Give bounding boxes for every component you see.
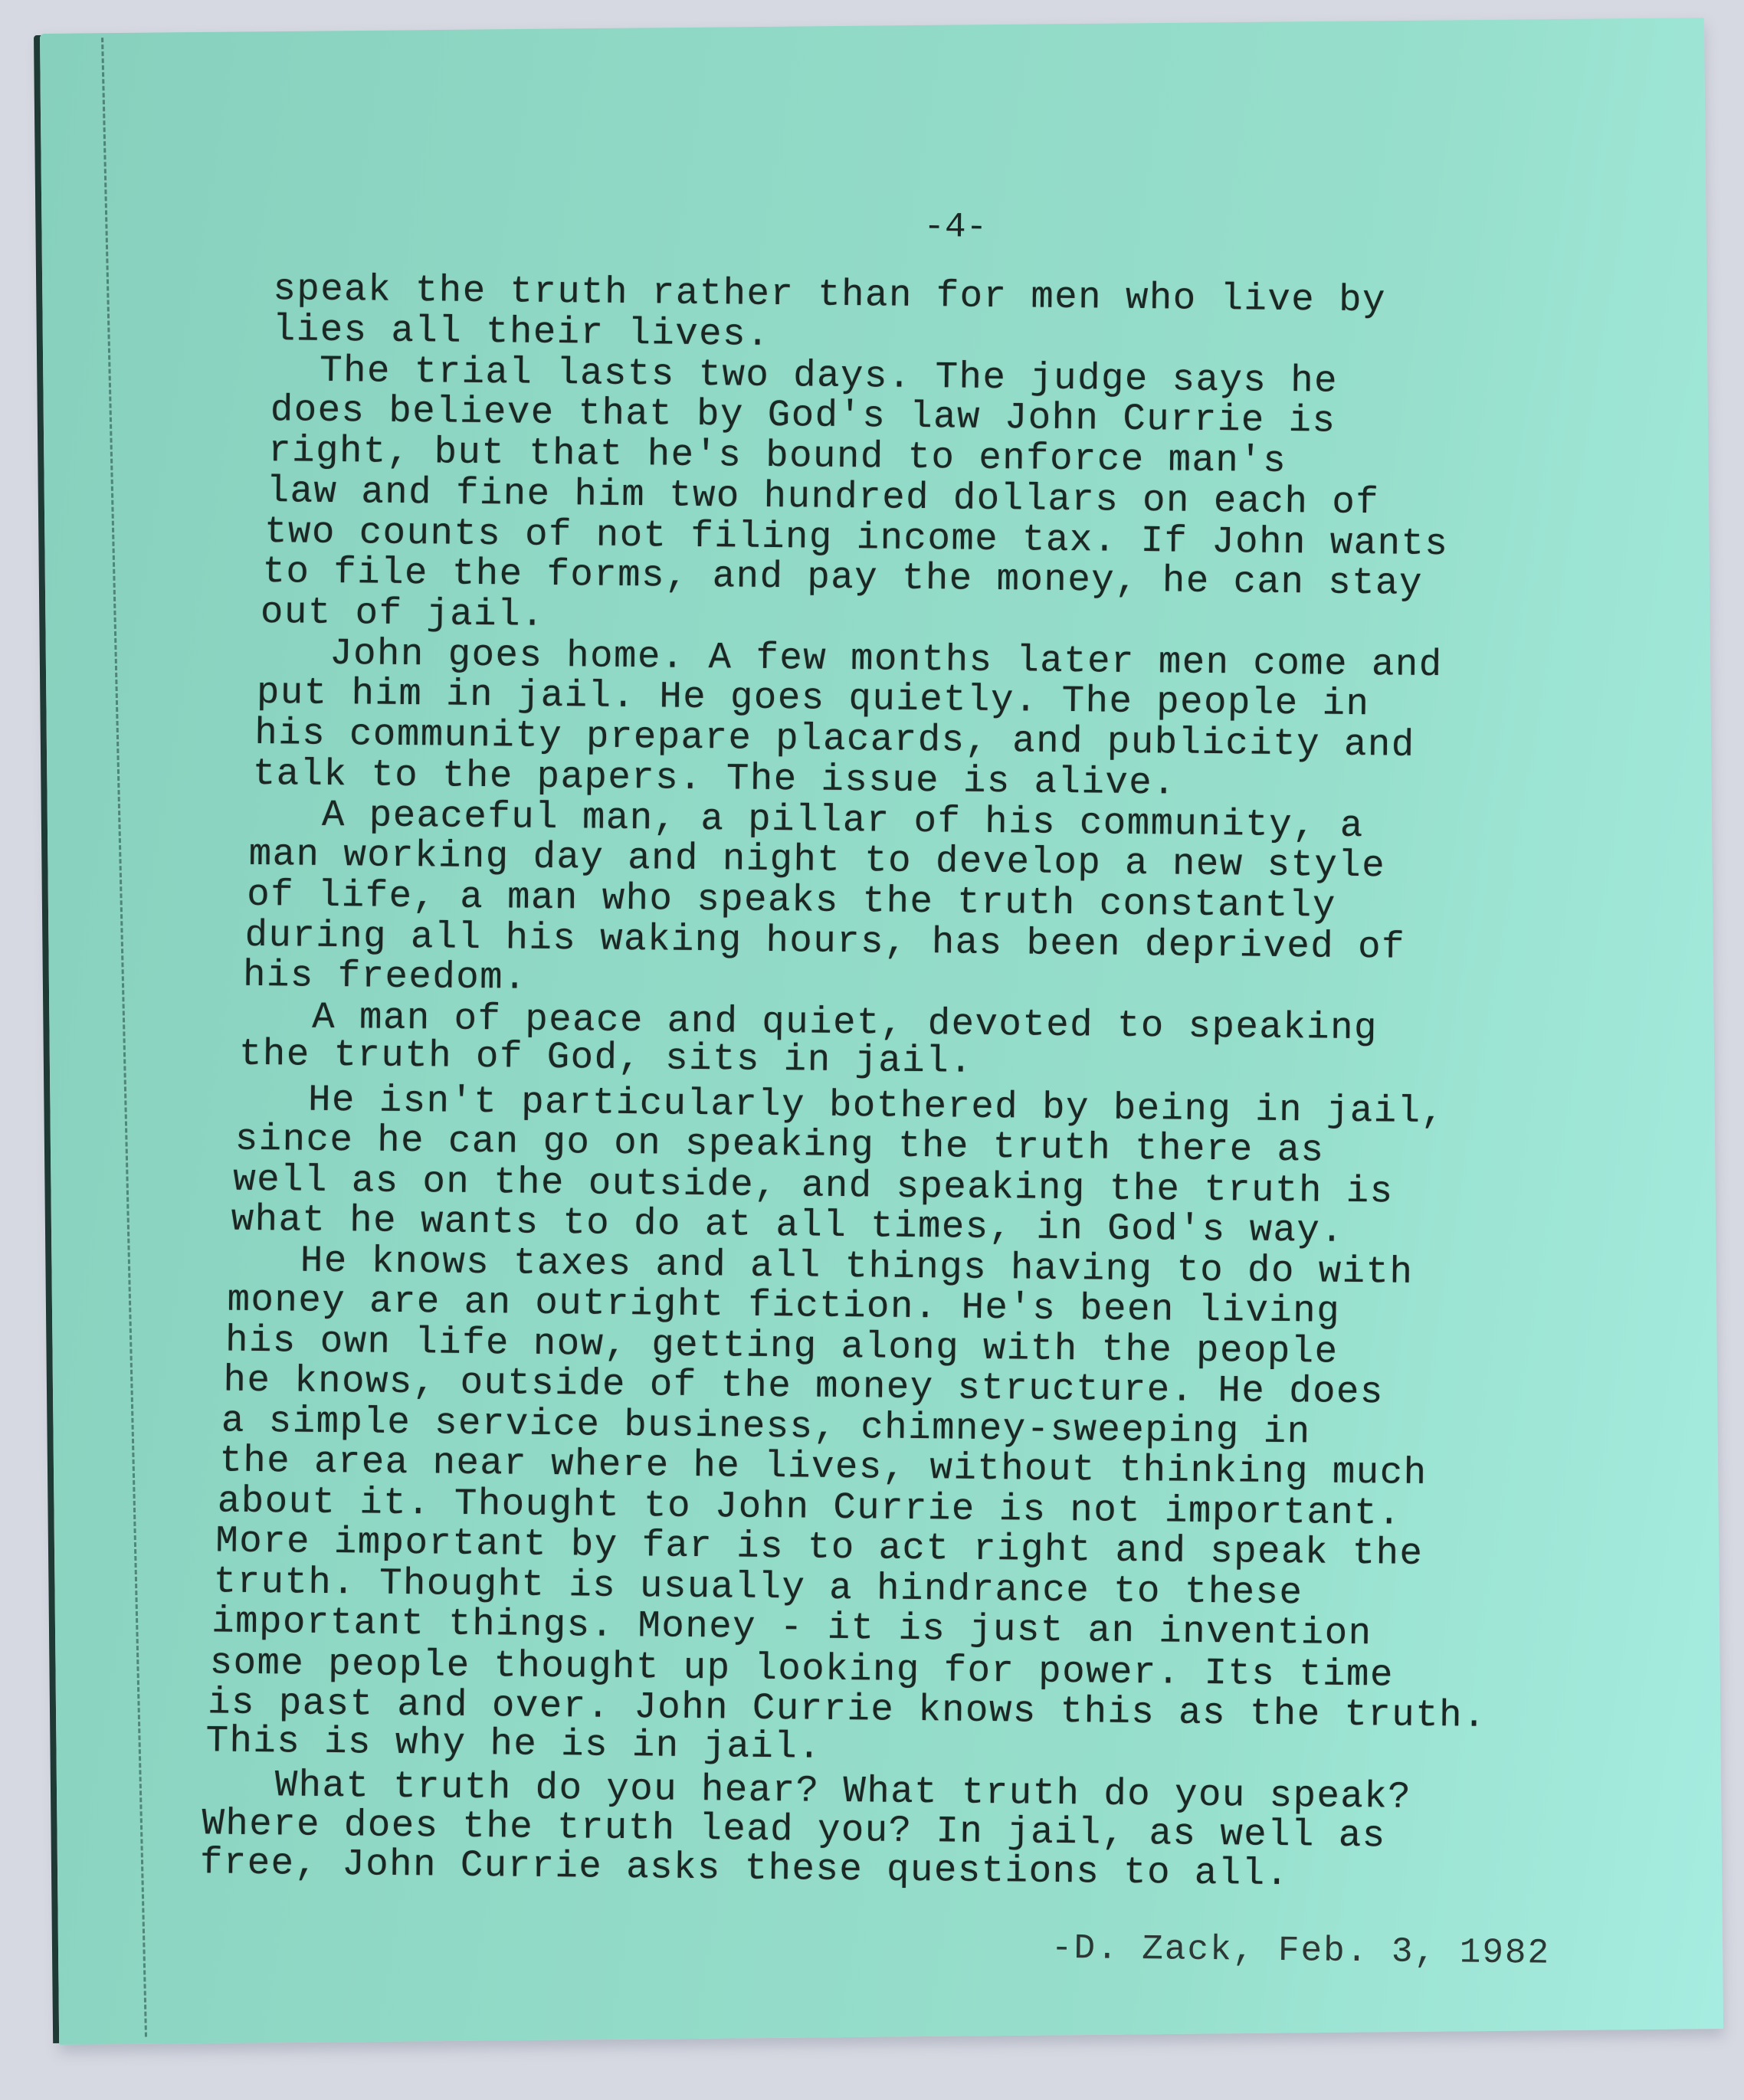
text-line: the truth of God, sits in jail. [239,1036,974,1081]
signature-line: -D. Zack, Feb. 3, 1982 [1051,1928,1551,1974]
document-body: -4- speak the truth rather than for men … [24,29,1709,2058]
text-line: free, John Currie asks these questions t… [200,1844,1290,1893]
page-number: -4- [923,207,987,247]
text-line: his freedom. [243,957,527,998]
typewritten-page: -4- speak the truth rather than for men … [40,18,1723,2045]
body-text: speak the truth rather than for men who … [44,29,1709,47]
text-line: lies all their lives. [273,311,770,354]
text-line: out of jail. [261,594,545,634]
text-line: This is why he is in jail. [205,1722,821,1766]
